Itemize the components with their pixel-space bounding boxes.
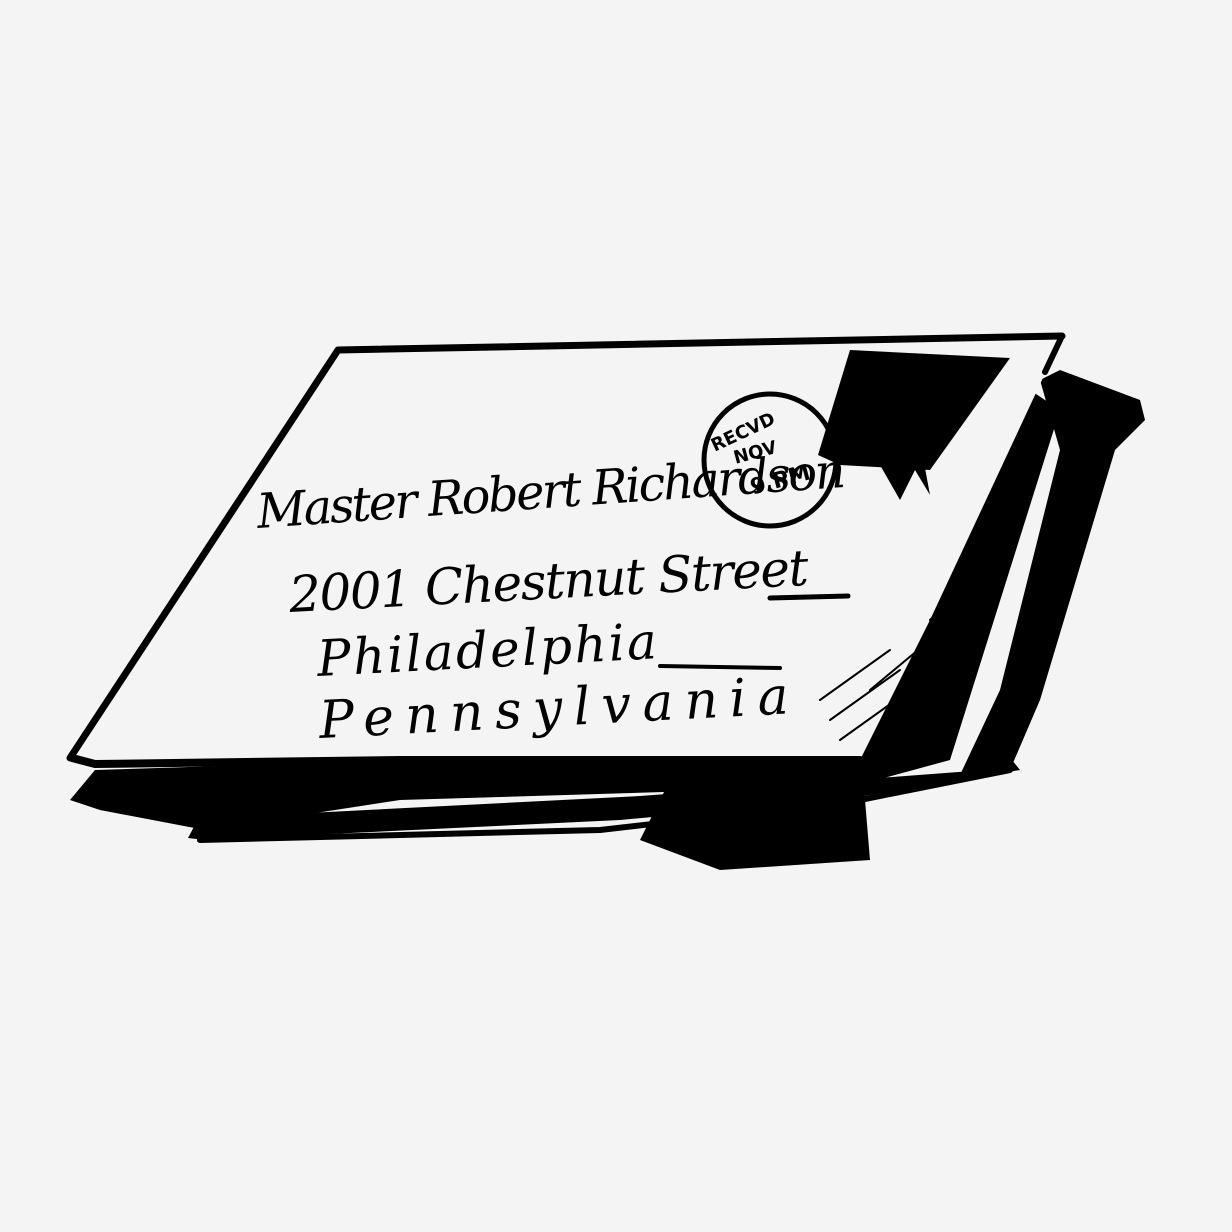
address-block: Master Robert Richardson 2001 Chestnut S… xyxy=(254,443,848,751)
envelope-illustration: RECVD NOV 9 PM Master Robert Richardson … xyxy=(0,0,1232,1232)
